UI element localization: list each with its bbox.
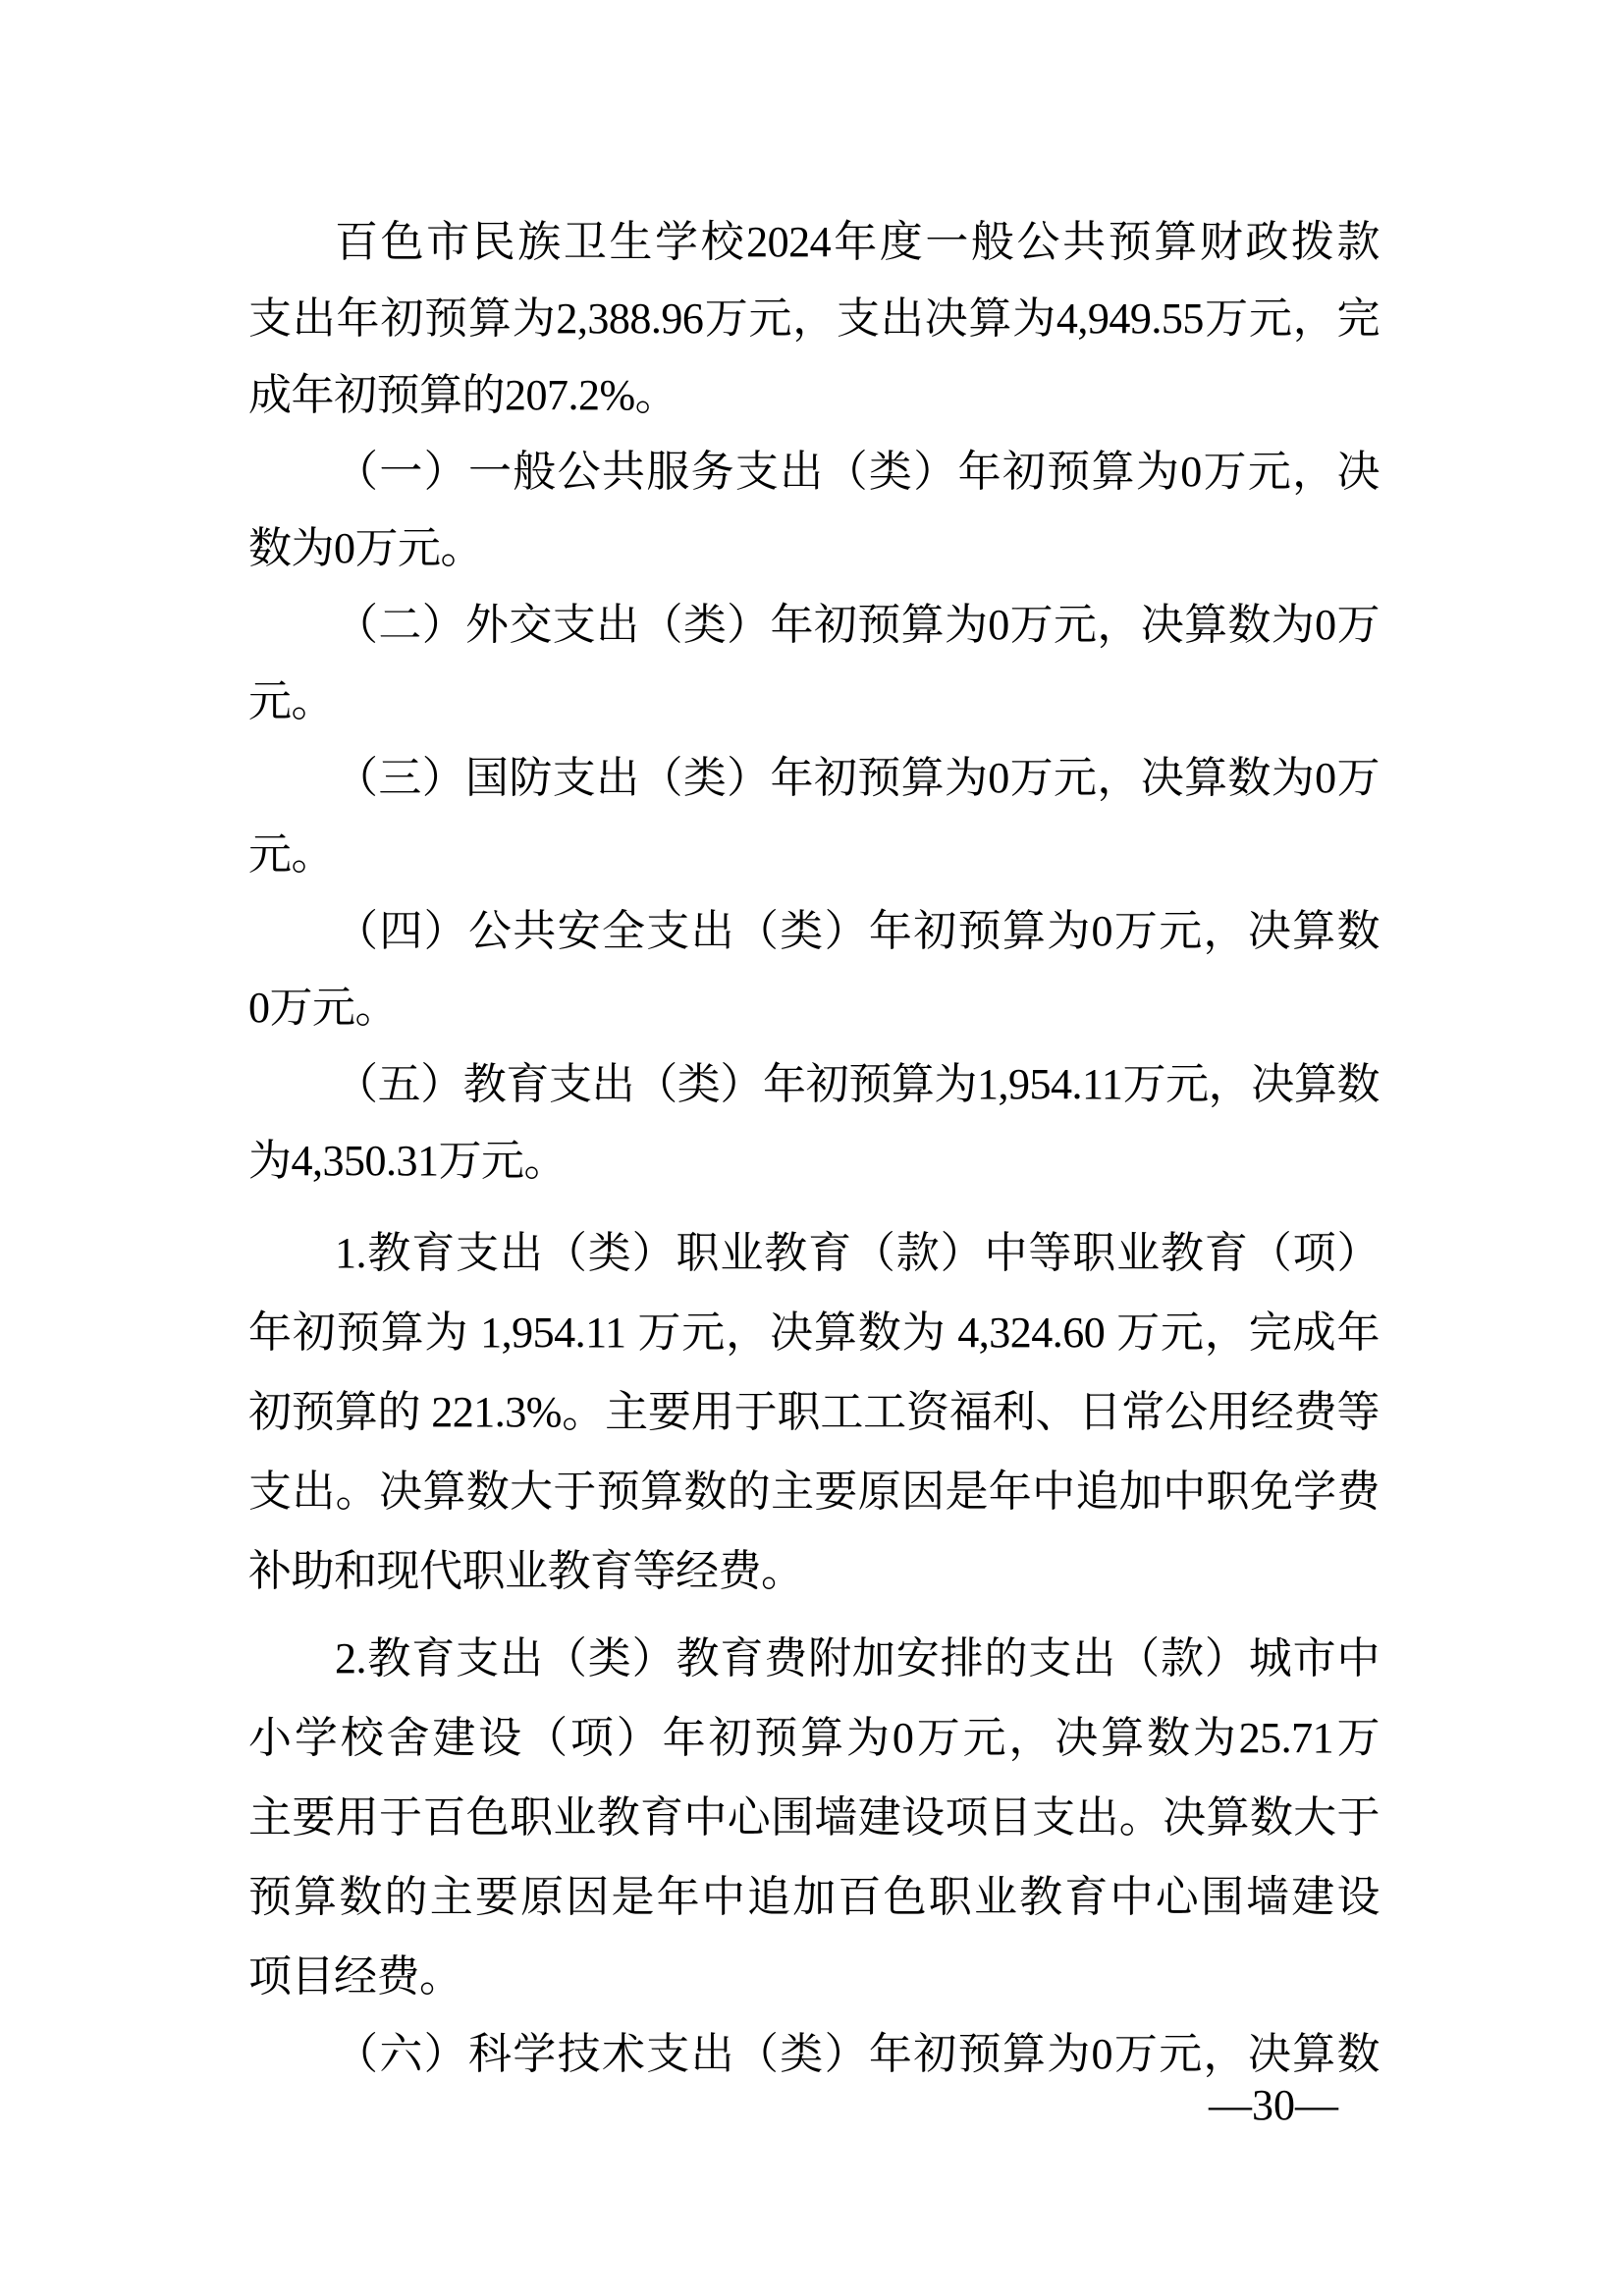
text-line: （二）外交支出（类）年初预算为0万元，决算数为0万 [248,587,1380,664]
page-number: —30— [1209,2083,1338,2128]
paragraph: 2.教育支出（类）教育费附加安排的支出（款）城市中小学校舍建设（项）年初预算为0… [248,1619,1380,2016]
text-line: 成年初预算的207.2%。 [248,357,1380,434]
text-line: 元。 [248,817,1380,893]
text-line: 补助和现代职业教育等经费。 [248,1531,1380,1611]
text-line: 项目经费。 [248,1937,1380,2016]
paragraph: 百色市民族卫生学校2024年度一般公共预算财政拨款支出年初预算为2,388.96… [248,204,1380,434]
paragraph: （三）国防支出（类）年初预算为0万元，决算数为0万元。 [248,740,1380,893]
text-line: 支出年初预算为2,388.96万元，支出决算为4,949.55万元，完 [248,281,1380,357]
paragraph: （一）一般公共服务支出（类）年初预算为0万元，决算数为0万元。 [248,434,1380,587]
paragraph: （二）外交支出（类）年初预算为0万元，决算数为0万元。 [248,587,1380,740]
text-line: （四）公共安全支出（类）年初预算为0万元，决算数为 [248,893,1380,970]
text-line: 0万元。 [248,970,1380,1046]
text-line: 年初预算为 1,954.11 万元，决算数为 4,324.60 万元，完成年 [248,1293,1380,1372]
paragraph: 1.教育支出（类）职业教育（款）中等职业教育（项）年初预算为 1,954.11 … [248,1213,1380,1611]
text-line: 2.教育支出（类）教育费附加安排的支出（款）城市中 [248,1619,1380,1698]
text-line: 预算数的主要原因是年中追加百色职业教育中心围墙建设 [248,1857,1380,1937]
text-line: 1.教育支出（类）职业教育（款）中等职业教育（项） [248,1213,1380,1293]
text-line: （一）一般公共服务支出（类）年初预算为0万元，决算 [248,434,1380,510]
text-line: 初预算的 221.3%。主要用于职工工资福利、日常公用经费等 [248,1372,1380,1452]
document-body: 百色市民族卫生学校2024年度一般公共预算财政拨款支出年初预算为2,388.96… [248,204,1380,2093]
text-line: 元。 [248,664,1380,740]
paragraph: （五）教育支出（类）年初预算为1,954.11万元，决算数为4,350.31万元… [248,1046,1380,1200]
text-line: 百色市民族卫生学校2024年度一般公共预算财政拨款 [248,204,1380,281]
text-line: 数为0万元。 [248,510,1380,587]
text-line: （五）教育支出（类）年初预算为1,954.11万元，决算数 [248,1046,1380,1123]
text-line: 主要用于百色职业教育中心围墙建设项目支出。决算数大于 [248,1778,1380,1857]
text-line: 为4,350.31万元。 [248,1123,1380,1200]
text-line: 支出。决算数大于预算数的主要原因是年中追加中职免学费 [248,1452,1380,1531]
document-page: 百色市民族卫生学校2024年度一般公共预算财政拨款支出年初预算为2,388.96… [0,0,1624,2296]
text-line: 小学校舍建设（项）年初预算为0万元，决算数为25.71万元。 [248,1698,1380,1778]
text-line: （三）国防支出（类）年初预算为0万元，决算数为0万 [248,740,1380,817]
paragraph: （四）公共安全支出（类）年初预算为0万元，决算数为0万元。 [248,893,1380,1046]
